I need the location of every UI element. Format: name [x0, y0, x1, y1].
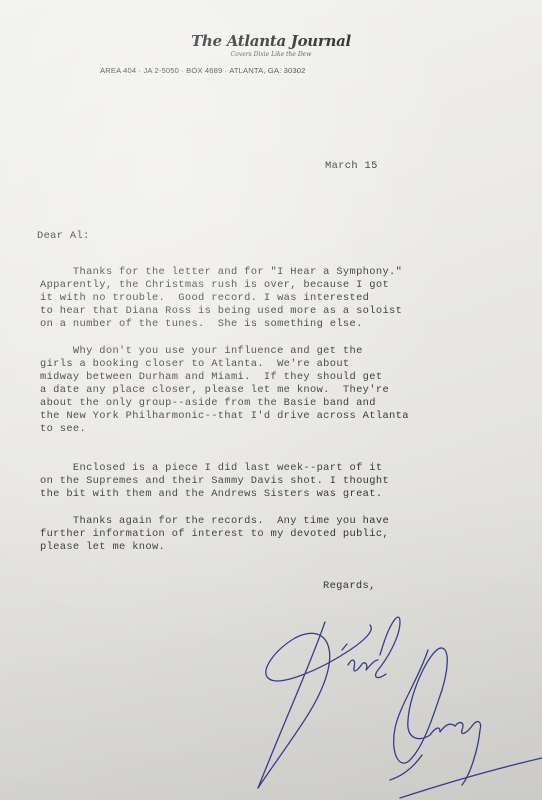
- letterhead-address: AREA 404 · JA 2-5050 · BOX 4689 · ATLANT…: [100, 66, 360, 75]
- newspaper-motto: Covers Dixie Like the Dew: [0, 51, 542, 58]
- letter-page: The Atlanta Journal Covers Dixie Like th…: [0, 0, 542, 800]
- letter-date: March 15: [325, 160, 378, 173]
- signature: Dick Gray: [250, 610, 542, 800]
- paragraph-3: Enclosed is a piece I did last week--par…: [40, 462, 389, 501]
- newspaper-name: The Atlanta Journal: [0, 32, 542, 50]
- paragraph-4: Thanks again for the records. Any time y…: [40, 515, 389, 554]
- paragraph-2: Why don't you use your influence and get…: [40, 345, 409, 436]
- paragraph-1: Thanks for the letter and for "I Hear a …: [40, 266, 402, 331]
- closing: Regards,: [323, 580, 376, 593]
- salutation: Dear Al:: [37, 230, 90, 243]
